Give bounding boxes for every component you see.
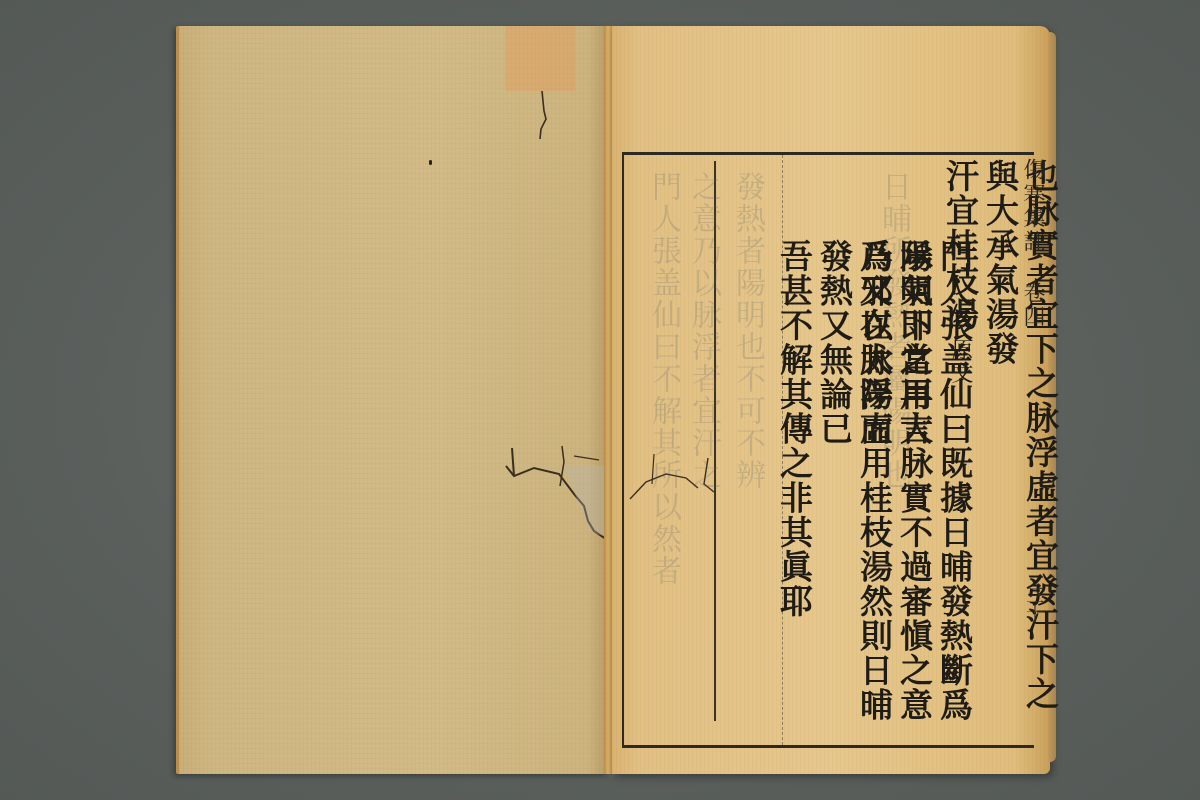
seal-stain	[505, 26, 575, 91]
tear-damage	[504, 436, 614, 546]
bleed-through-text: 門人張盖仙曰不解其所以然者	[644, 171, 682, 587]
left-page	[176, 26, 609, 774]
printed-frame: 門人張盖仙曰不解其所以然者 之意乃以脉浮者宜汗之 發熱者陽明也不可不辨 日晡所發…	[622, 152, 1034, 748]
right-page: 門人張盖仙曰不解其所以然者 之意乃以脉浮者宜汗之 發熱者陽明也不可不辨 日晡所發…	[612, 26, 1050, 774]
bleed-through-text: 之意乃以脉浮者宜汗之	[684, 171, 722, 491]
text-column-5: 爲邪在太陽而用桂枝湯然則日晡發熱又無論已	[814, 239, 894, 745]
ink-dot	[429, 160, 432, 165]
margin-label: 傷寒集註 卷四	[1017, 158, 1048, 329]
text-column-6: 吾甚不解其傳之非其眞耶	[774, 239, 814, 619]
bleed-through-text: 發熱者陽明也不可不辨	[728, 171, 766, 491]
crack-mark-top	[534, 91, 554, 141]
folio-number: 三十	[1020, 586, 1046, 622]
open-book: 門人張盖仙曰不解其所以然者 之意乃以脉浮者宜汗之 發熱者陽明也不可不辨 日晡所發…	[176, 26, 1056, 774]
